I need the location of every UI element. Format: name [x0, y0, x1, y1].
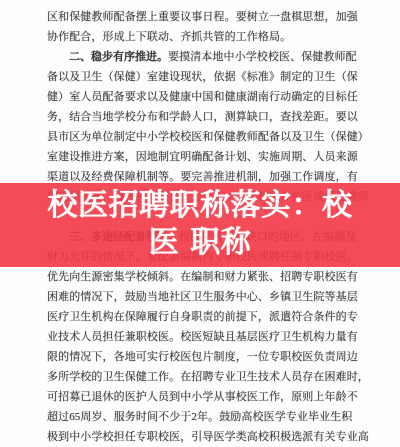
document-line: 二、稳步有序推进。要摸清本地中小学校校医、保健教师配: [47, 47, 357, 67]
document-line: 县市区为单位制定中小学校校医和保健教师配备以及卫生（保健）: [47, 127, 357, 147]
document-line: 可招募已退休的医护人员到中小学从事校医工作，原则上年龄不: [47, 387, 357, 407]
document-line: 务，结合当地学校分布和学龄人口，测算缺口，查找差距。要以: [47, 107, 357, 127]
document-line: 健）室人员配备要求以及健康中国和健康湖南行动确定的目标任: [47, 87, 357, 107]
document-line: 优先向生源密集学校倾斜。在编制和财力紧张、招聘专职校医有: [47, 267, 357, 287]
scanned-document-page: 区和保健教师配备摆上重要议事日程。要树立一盘棋思想，加强协作配合，形成上下联动、…: [0, 0, 400, 447]
document-line: 超过65周岁、服务时间不少于2年。鼓励高校医学专业毕业生积: [47, 407, 357, 427]
document-line: 极到中小学校担任专职校医，引导医学类高校积极选派有关专业高: [47, 427, 357, 447]
article-headline-line: 校医招聘职称落实：校: [0, 187, 400, 224]
document-line: 业技术人员担任兼职校医。校医短缺且基层医疗卫生机构力量有: [47, 327, 357, 347]
document-line: 多所学校的卫生保健工作。在招聘专业卫生技术人员存在困难时，: [47, 367, 357, 387]
document-line: 医疗卫生机构在保障履行自身职责的前提下，派遣符合条件的专: [47, 307, 357, 327]
section-heading: 二、稳步有序推进。: [69, 50, 168, 63]
article-headline-line: 医 职称: [0, 224, 400, 261]
document-line: 区和保健教师配备摆上重要议事日程。要树立一盘棋思想，加强: [47, 7, 357, 27]
document-line: 限的情况下，各地可实行校医包片制度，一位专职校医负责周边: [47, 347, 357, 367]
headline-banner-overlay: 校医招聘职称落实：校医 职称: [0, 183, 400, 267]
document-line: 备以及卫生（保健）室建设现状，依据《标准》制定的卫生（保: [47, 67, 357, 87]
document-line: 困难的情况下，鼓励当地社区卫生服务中心、乡镇卫生院等基层: [47, 287, 357, 307]
document-line: 室建设推进方案，因地制宜明确配备计划、实施周期、人员来源: [47, 147, 357, 167]
article-headline: 校医招聘职称落实：校医 职称: [0, 187, 400, 261]
document-line: 协作配合，形成上下联动、齐抓共管的工作格局。: [47, 27, 357, 47]
